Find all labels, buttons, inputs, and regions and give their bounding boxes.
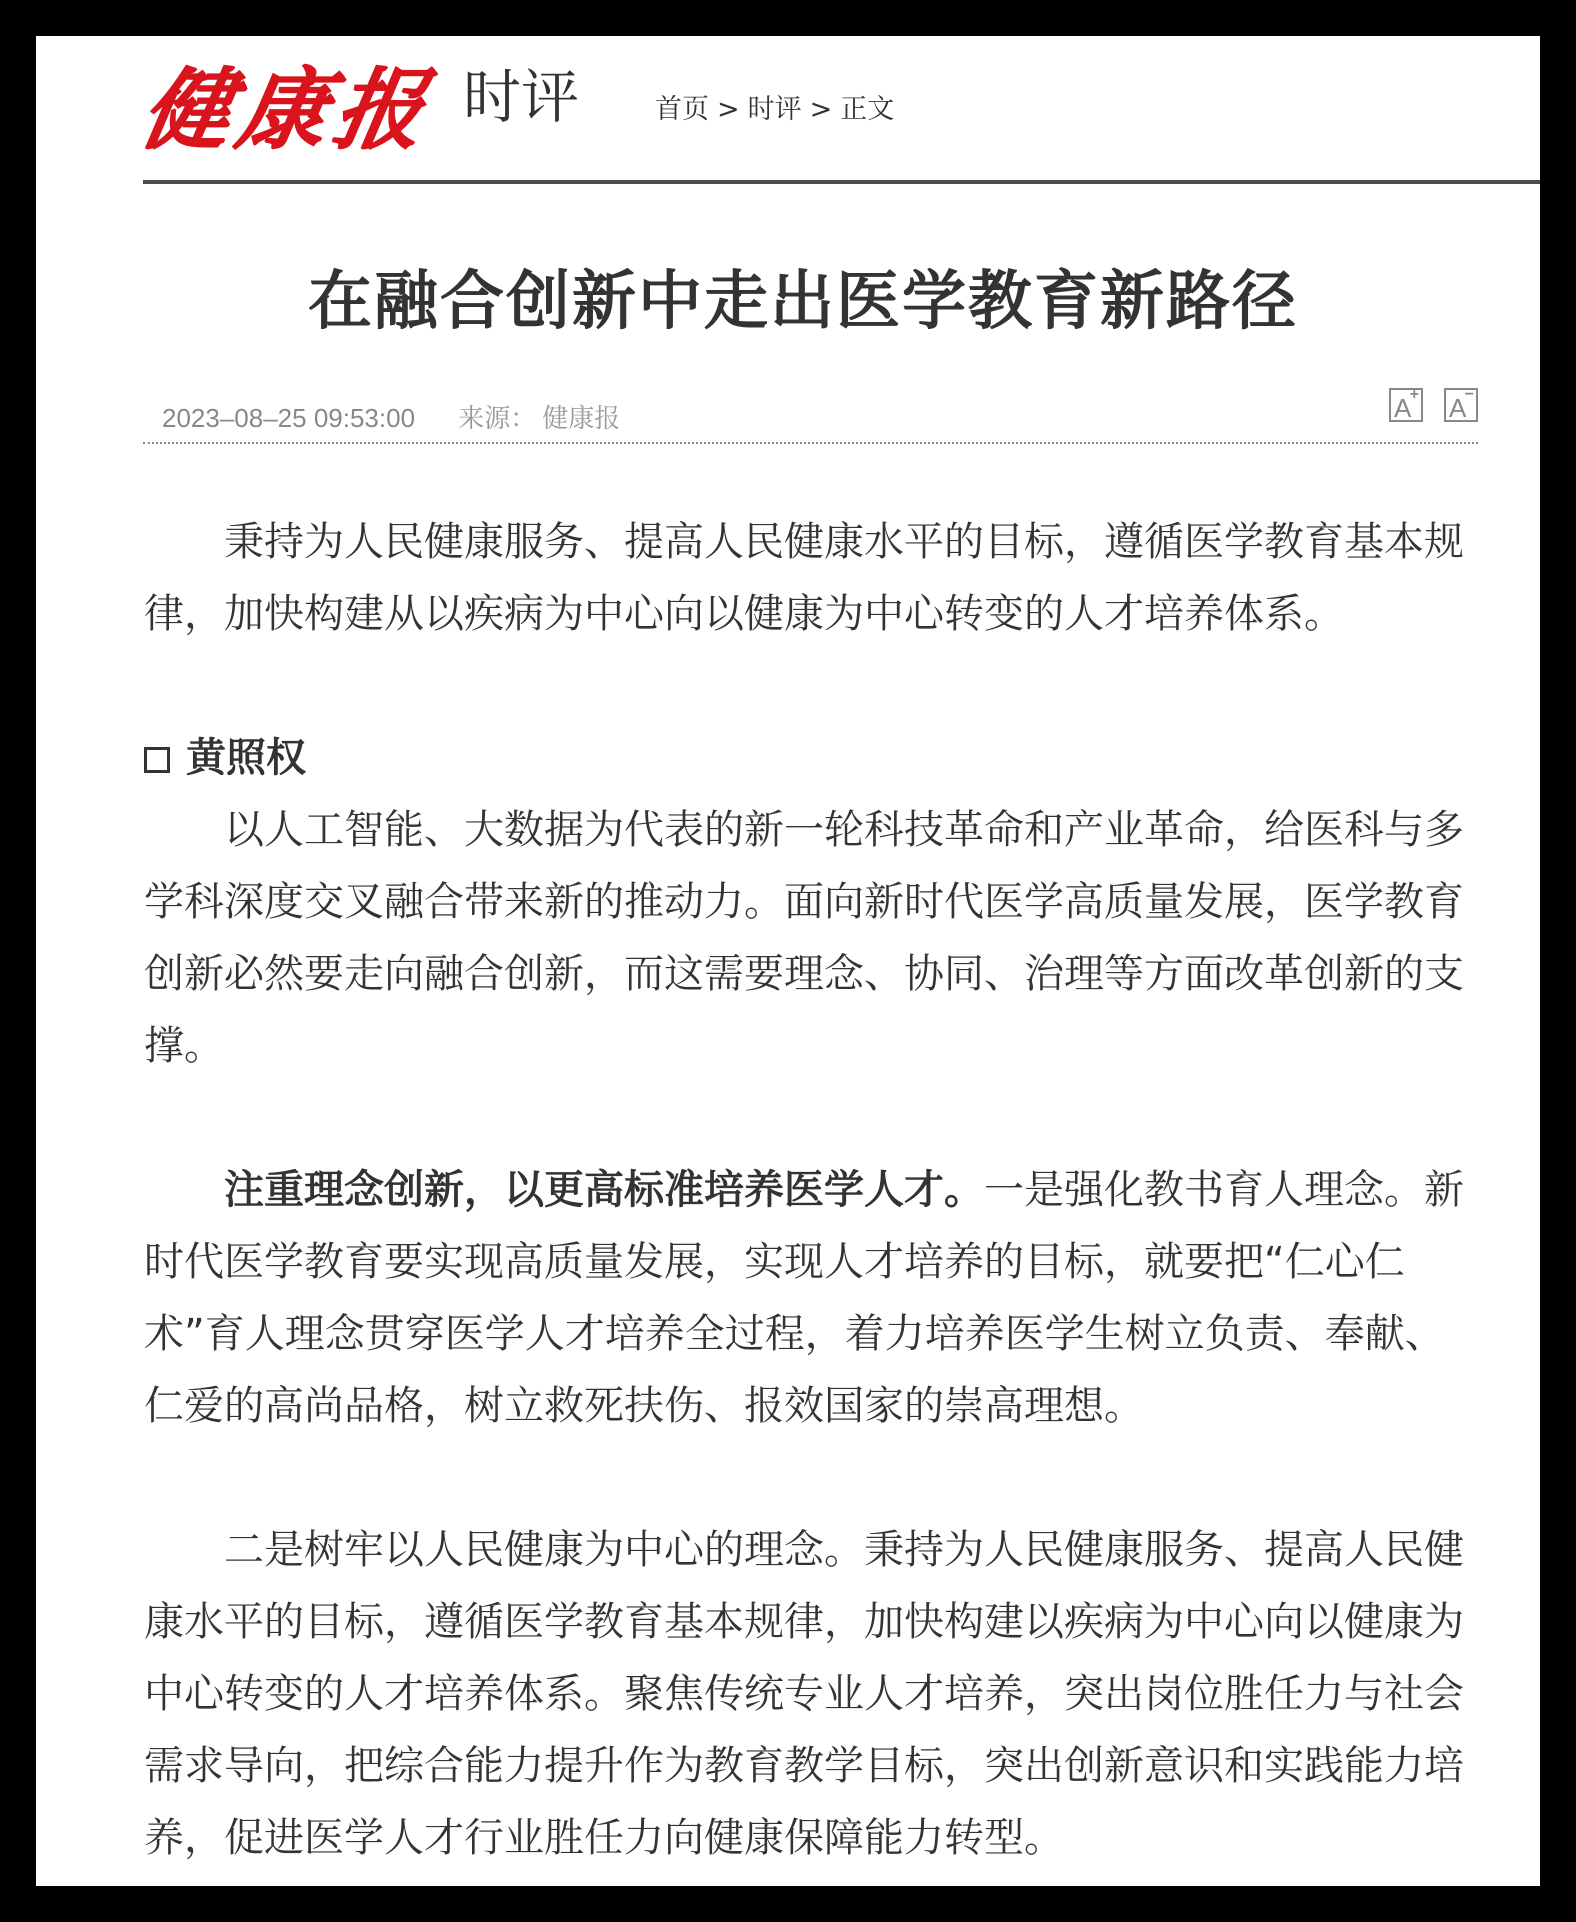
- site-logo[interactable]: 健康报: [143, 54, 431, 164]
- body-paragraph: 以人工智能、大数据为代表的新一轮科技革命和产业革命，给医科与多学科深度交叉融合带…: [144, 794, 1464, 1082]
- lead-paragraph: 秉持为人民健康服务、提高人民健康水平的目标，遵循医学教育基本规律，加快构建从以疾…: [144, 506, 1464, 650]
- publish-datetime: 2023–08–25 09:53:00: [162, 403, 415, 433]
- author-name: 黄照权: [186, 735, 306, 781]
- logo-calligraphy: 健康报: [135, 65, 439, 153]
- square-bullet-icon: [144, 747, 170, 773]
- breadcrumb: 首页 > 时评 > 正文: [655, 96, 894, 123]
- article-meta: 2023–08–25 09:53:00 来源：健康报 A + A −: [143, 386, 1478, 442]
- breadcrumb-section[interactable]: 时评: [748, 96, 802, 123]
- source-label: 来源：: [458, 403, 536, 433]
- author-line: 黄照权: [144, 722, 1464, 794]
- minus-icon: −: [1465, 387, 1474, 403]
- header-divider: [143, 180, 1540, 184]
- font-decrease-button[interactable]: A −: [1444, 388, 1478, 422]
- article-body: 秉持为人民健康服务、提高人民健康水平的目标，遵循医学教育基本规律，加快构建从以疾…: [144, 506, 1464, 1874]
- meta-info: 2023–08–25 09:53:00 来源：健康报: [162, 398, 620, 435]
- body-paragraph: 注重理念创新，以更高标准培养医学人才。一是强化教书育人理念。新时代医学教育要实现…: [144, 1154, 1464, 1442]
- plus-icon: +: [1410, 387, 1419, 403]
- article-page: 健康报 时评 首页 > 时评 > 正文 在融合创新中走出医学教育新路径 2023…: [36, 36, 1540, 1886]
- font-increase-button[interactable]: A +: [1389, 388, 1423, 422]
- source-value: 健康报: [542, 403, 620, 433]
- article-title: 在融合创新中走出医学教育新路径: [143, 264, 1463, 341]
- spacer: [144, 650, 1464, 722]
- body-paragraph: 二是树牢以人民健康为中心的理念。秉持为人民健康服务、提高人民健康水平的目标，遵循…: [144, 1514, 1464, 1874]
- meta-dotted-divider: [143, 442, 1478, 444]
- breadcrumb-separator: >: [717, 96, 740, 123]
- breadcrumb-current: 正文: [840, 96, 894, 123]
- breadcrumb-home[interactable]: 首页: [655, 96, 709, 123]
- spacer: [144, 1082, 1464, 1154]
- section-name: 时评: [463, 68, 579, 126]
- site-header: 健康报 时评 首页 > 时评 > 正文: [143, 36, 1540, 184]
- paragraph-heading: 注重理念创新，以更高标准培养医学人才。: [224, 1167, 984, 1213]
- font-size-controls: A + A −: [1389, 388, 1478, 422]
- spacer: [144, 1442, 1464, 1514]
- breadcrumb-separator: >: [810, 96, 833, 123]
